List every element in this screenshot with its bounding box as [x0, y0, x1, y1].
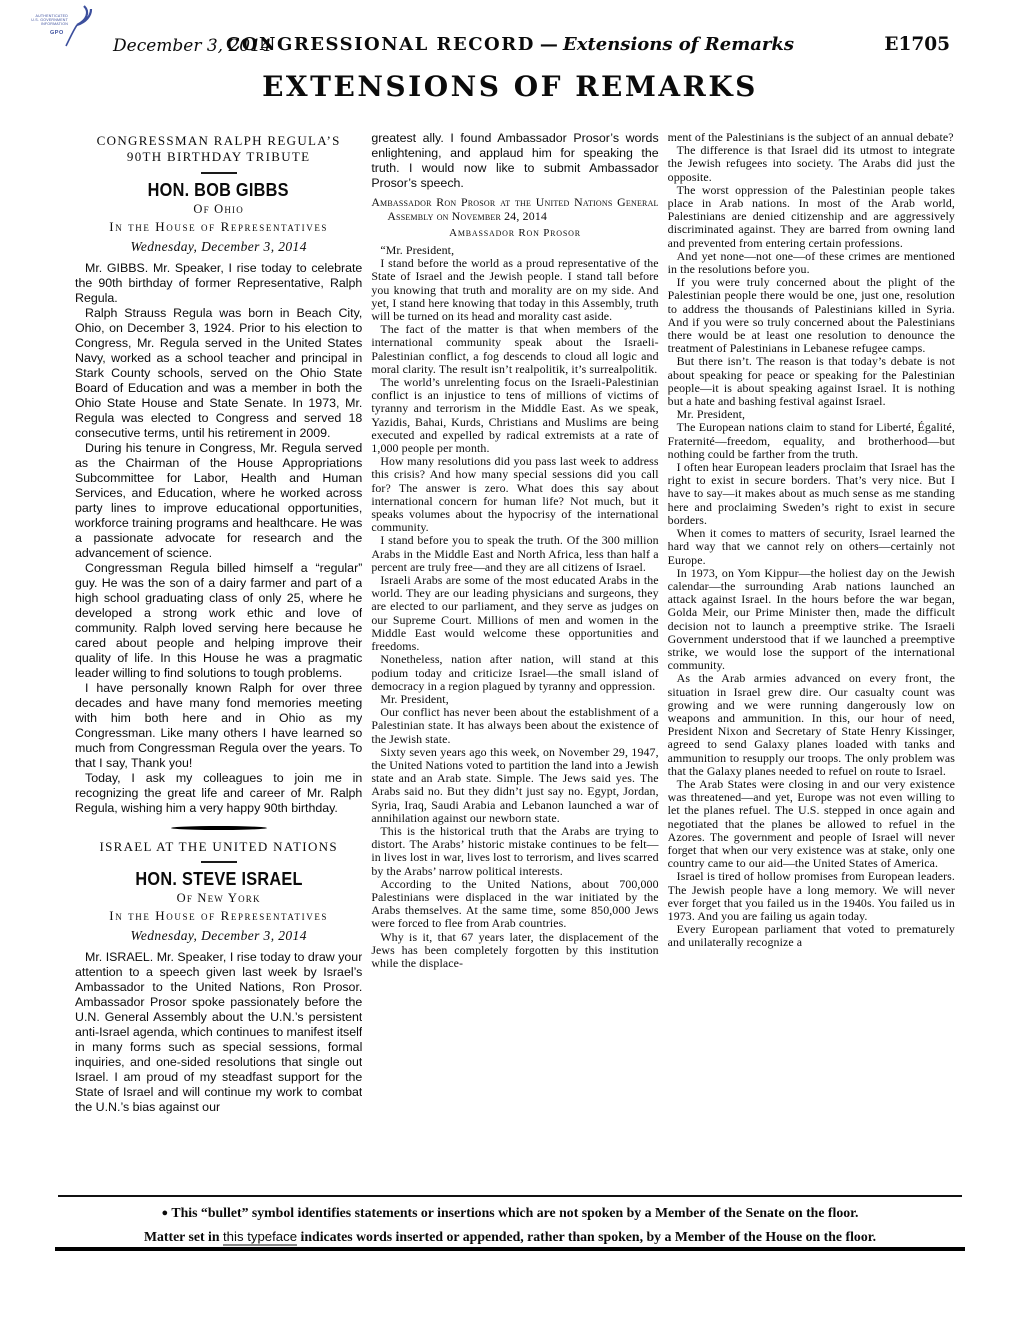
- footer-typeface-sample: this typeface: [223, 1229, 297, 1246]
- paragraph: And yet none—not one—of these crimes are…: [668, 250, 955, 276]
- paragraph: Ralph Strauss Regula was born in Beach C…: [75, 306, 362, 441]
- article2-state: Of New York: [75, 891, 362, 906]
- page-banner: EXTENSIONS OF REMARKS: [0, 70, 1020, 103]
- paragraph: The fact of the matter is that when memb…: [371, 323, 658, 376]
- journal-section: Extensions of Remarks: [563, 34, 794, 55]
- gpo-auth-line3: INFORMATION: [28, 22, 68, 26]
- paragraph: The Arab States were closing in and our …: [668, 778, 955, 870]
- paragraph: In 1973, on Yom Kippur—the holiest day o…: [668, 567, 955, 673]
- paragraph: This is the historical truth that the Ar…: [371, 825, 658, 878]
- heading-rule: [201, 861, 237, 863]
- paragraph: As the Arab armies advanced on every fro…: [668, 672, 955, 778]
- paragraph: The European nations claim to stand for …: [668, 421, 955, 461]
- page-number: E1705: [884, 34, 950, 55]
- article1-speaker: HON. BOB GIBBS: [75, 179, 362, 201]
- paragraph: I stand before the world as a proud repr…: [371, 257, 658, 323]
- speaker-name: HON. STEVE ISRAEL: [135, 868, 302, 890]
- column-3: ment of the Palestinians is the subject …: [668, 131, 955, 1189]
- footer-rule-thick: [55, 1247, 965, 1251]
- paragraph: Our conflict has never been about the es…: [371, 706, 658, 746]
- column-2: greatest ally. I found Ambassador Prosor…: [371, 131, 658, 1189]
- paragraph: Mr. ISRAEL. Mr. Speaker, I rise today to…: [75, 950, 362, 1115]
- article1-state: Of Ohio: [75, 202, 362, 217]
- paragraph: But there isn’t. The reason is that toda…: [668, 355, 955, 408]
- paragraph: Congressman Regula billed himself a “reg…: [75, 561, 362, 681]
- column-1: CONGRESSMAN RALPH REGULA’S 90TH BIRTHDAY…: [75, 131, 362, 1189]
- footer-typeface-prefix: Matter set in: [144, 1229, 223, 1244]
- paragraph: According to the United Nations, about 7…: [371, 878, 658, 931]
- paragraph: Mr. GIBBS. Mr. Speaker, I rise today to …: [75, 261, 362, 306]
- gpo-auth-text: AUTHENTICATED U.S. GOVERNMENT INFORMATIO…: [28, 14, 68, 27]
- paragraph: Today, I ask my colleagues to join me in…: [75, 771, 362, 816]
- paragraph: The difference is that Israel did its ut…: [668, 144, 955, 184]
- journal-title: CONGRESSIONAL RECORD: [226, 34, 535, 55]
- paragraph: I stand before you to speak the truth. O…: [371, 534, 658, 574]
- paragraph: Why is it, that 67 years later, the disp…: [371, 931, 658, 971]
- paragraph: Nonetheless, nation after nation, will s…: [371, 653, 658, 693]
- article2-chamber: In the House of Representatives: [75, 908, 362, 924]
- article2-title: ISRAEL AT THE UNITED NATIONS: [79, 839, 358, 855]
- article2-speaker: HON. STEVE ISRAEL: [75, 868, 362, 890]
- article2-dateline: Wednesday, December 3, 2014: [75, 928, 362, 944]
- speech-speaker-line: Ambassador Ron Prosor: [371, 227, 658, 239]
- congressional-record-page: AUTHENTICATED U.S. GOVERNMENT INFORMATIO…: [0, 0, 1020, 1320]
- paragraph: When it comes to matters of security, Is…: [668, 527, 955, 567]
- article1-chamber: In the House of Representatives: [75, 219, 362, 235]
- heading-rule: [201, 172, 237, 174]
- paragraph: The worst oppression of the Palestinian …: [668, 184, 955, 250]
- speech-heading: Ambassador Ron Prosor at the United Nati…: [371, 196, 658, 223]
- speaker-name: HON. BOB GIBBS: [148, 179, 289, 201]
- paragraph: Israeli Arabs are some of the most educa…: [371, 574, 658, 653]
- article1-dateline: Wednesday, December 3, 2014: [75, 239, 362, 255]
- paragraph: The world’s unrelenting focus on the Isr…: [371, 376, 658, 455]
- paragraph: greatest ally. I found Ambassador Prosor…: [371, 131, 658, 191]
- paragraph: Sixty seven years ago this week, on Nove…: [371, 746, 658, 825]
- paragraph: I have personally known Ralph for over t…: [75, 681, 362, 771]
- bullet-icon: ●: [162, 1207, 169, 1219]
- masthead-title: CONGRESSIONAL RECORD — Extensions of Rem…: [0, 34, 1020, 55]
- paragraph: How many resolutions did you pass last w…: [371, 455, 658, 534]
- footer-typeface-note: Matter set in this typeface indicates wo…: [0, 1229, 1020, 1245]
- paragraph: During his tenure in Congress, Mr. Regul…: [75, 441, 362, 561]
- text-columns: CONGRESSMAN RALPH REGULA’S 90TH BIRTHDAY…: [75, 131, 955, 1189]
- paragraph: Every European parliament that voted to …: [668, 923, 955, 949]
- footer-rule-thin: [58, 1195, 962, 1197]
- footer-bullet-note: ● This “bullet” symbol identifies statem…: [0, 1205, 1020, 1221]
- footer-bullet-text: This “bullet” symbol identifies statemen…: [171, 1205, 858, 1220]
- footer-typeface-suffix: indicates words inserted or appended, ra…: [297, 1229, 876, 1244]
- masthead-dash: —: [540, 34, 558, 55]
- paragraph: Israel is tired of hollow promises from …: [668, 870, 955, 923]
- article1-title: CONGRESSMAN RALPH REGULA’S 90TH BIRTHDAY…: [79, 133, 358, 166]
- section-separator: [171, 826, 267, 830]
- paragraph: I often hear European leaders proclaim t…: [668, 461, 955, 527]
- paragraph: If you were truly concerned about the pl…: [668, 276, 955, 355]
